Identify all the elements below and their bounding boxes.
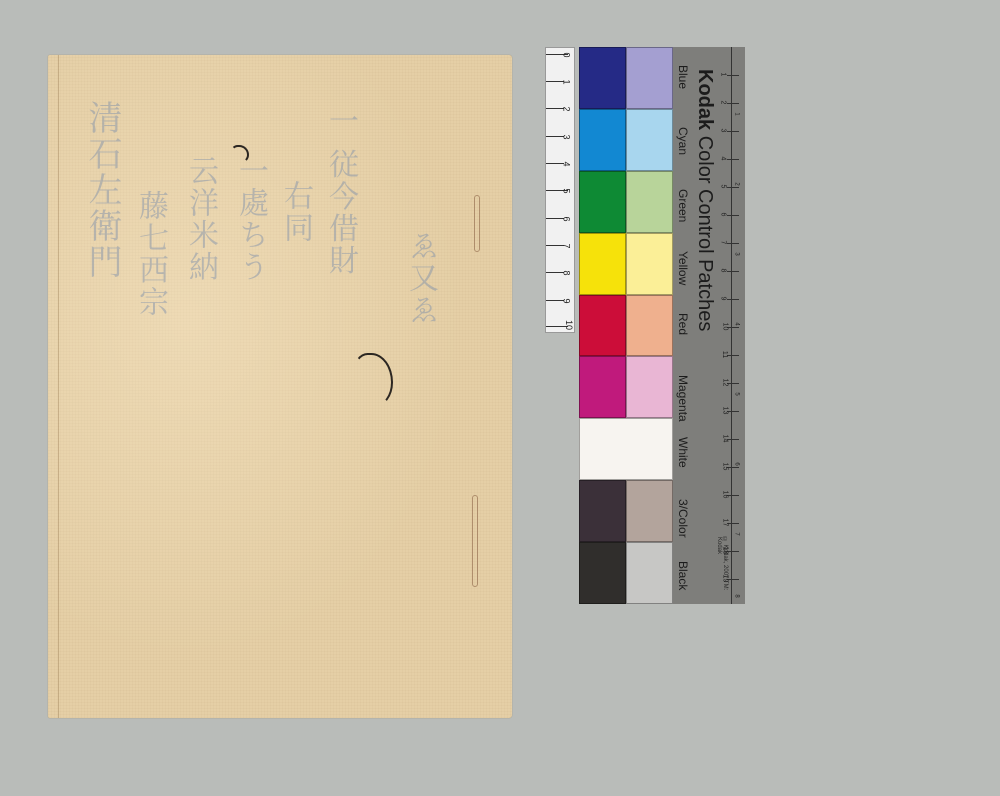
- script-column: ゑ又ゑ: [398, 230, 442, 326]
- patch-label: Magenta: [676, 375, 690, 422]
- script-column: 一處ちう: [228, 155, 272, 283]
- ink-stain: [353, 353, 393, 407]
- chart-title: Kodak Color Control Patches: [693, 69, 716, 331]
- patch-row-blue: [579, 47, 673, 109]
- patch-row-black: [579, 542, 673, 604]
- patch-label: Blue: [676, 65, 690, 89]
- script-column: 一 従今借財: [318, 105, 362, 277]
- centimeter-ruler: 0 1 2 3 4 5 6 7 8 9 10: [545, 47, 575, 333]
- patch-label: Green: [676, 189, 690, 222]
- patch-row-cyan: [579, 109, 673, 171]
- script-column: 藤七西宗: [128, 190, 172, 318]
- patch-label: Yellow: [676, 251, 690, 285]
- patch-row-green: [579, 171, 673, 233]
- patch-label: Red: [676, 313, 690, 335]
- patch-row-magenta: [579, 356, 673, 418]
- color-patches: [579, 47, 673, 604]
- script-column: 右同: [273, 180, 317, 244]
- patch-row-yellow: [579, 233, 673, 295]
- kodak-label-strip: Kodak Color Control Patches Blue Cyan Gr…: [673, 47, 745, 604]
- script-column: 清石左衛門: [78, 100, 127, 280]
- patch-label: Cyan: [676, 127, 690, 155]
- patch-row-red: [579, 295, 673, 357]
- page-fold-line: [58, 55, 59, 718]
- patch-label: White: [676, 437, 690, 468]
- patch-label: 3/Color: [676, 499, 690, 538]
- script-column: 云洋米納: [178, 155, 222, 283]
- binding-hole: [472, 495, 478, 587]
- patch-row-white: [579, 418, 673, 480]
- patch-label: Black: [676, 561, 690, 590]
- ink-stain: [231, 145, 249, 163]
- patch-row-3color: [579, 480, 673, 542]
- binding-hole: [474, 195, 480, 252]
- manuscript-page: 清石左衛門 藤七西宗 云洋米納 一處ちう 右同 一 従今借財 ゑ又ゑ: [48, 55, 512, 718]
